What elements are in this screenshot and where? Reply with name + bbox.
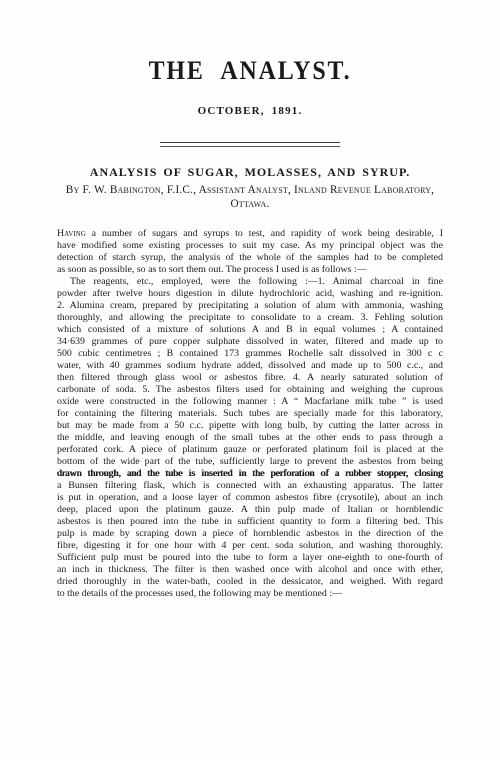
text-line: which consisted of a mixture of solution…	[57, 324, 443, 336]
text-line: fibre, digesting it for one hour with 4 …	[57, 540, 443, 552]
masthead: THE ANALYST. OCTOBER, 1891.	[0, 0, 500, 147]
text-line: is put in operation, and a loose layer o…	[57, 492, 443, 504]
text-line: water, with 40 grammes sodium hydrate ad…	[57, 360, 443, 372]
scanned-journal-page: THE ANALYST. OCTOBER, 1891. ANALYSIS OF …	[0, 0, 500, 760]
text-line: oxide were constructed in the following …	[57, 396, 443, 408]
double-rule-divider	[160, 142, 340, 147]
text-line: the middle, and leaving enough of the sm…	[57, 432, 443, 444]
article-byline-location: Ottawa.	[0, 198, 500, 211]
text-line: powder after twelve hours digestion in d…	[57, 288, 443, 300]
text-line: deep, placed upon the platinum gauze. A …	[57, 504, 443, 516]
text-line: to the details of the processes used, th…	[57, 588, 443, 600]
text-line: detection of starch syrup, the analysis …	[57, 252, 443, 264]
journal-title: THE ANALYST.	[20, 56, 480, 86]
text-line: have modified some existing processes to…	[57, 240, 443, 252]
text-line: but may be made from a 50 c.c. pipette w…	[57, 420, 443, 432]
text-line: The reagents, etc., employed, were the f…	[57, 276, 443, 288]
article-title: ANALYSIS OF SUGAR, MOLASSES, AND SYRUP.	[0, 165, 500, 179]
text-line: as soon as possible, so as to sort them …	[57, 264, 443, 276]
text-line: thoroughly, and allowing the precipitate…	[57, 312, 443, 324]
text-line: perforated cork. A piece of platinum gau…	[57, 444, 443, 456]
issue-date: OCTOBER, 1891.	[0, 105, 500, 118]
text-line: drawn through, and the tube is inserted …	[57, 468, 443, 480]
text-line: carbonate of soda. 5. The asbestos filte…	[57, 384, 443, 396]
text-line: then filtered through glass wool or asbe…	[57, 372, 443, 384]
text-line: 2. Alumina cream, prepared by precipitat…	[57, 300, 443, 312]
article: ANALYSIS OF SUGAR, MOLASSES, AND SYRUP. …	[0, 165, 500, 600]
text-line: an inch in thickness. The filter is then…	[57, 564, 443, 576]
lead-word: Having	[57, 228, 86, 239]
article-byline: By F. W. Babington, F.I.C., Assistant An…	[0, 184, 500, 197]
text-line: Sufficient pulp must be poured into the …	[57, 552, 443, 564]
text-line: for containing the filtering materials. …	[57, 408, 443, 420]
text-line: bottom of the wide part of the tube, suf…	[57, 456, 443, 468]
text-line: pulp is made by scraping down a piece of…	[57, 528, 443, 540]
text-line: a Bunsen filtering flask, which is conne…	[57, 480, 443, 492]
text-line: 34·639 grammes of pure copper sulphate d…	[57, 336, 443, 348]
text-line: dried thoroughly in the water-bath, cool…	[57, 576, 443, 588]
article-body: Having a number of sugars and syrups to …	[57, 228, 443, 600]
text-line: 500 cubic centimetres ; B contained 173 …	[57, 348, 443, 360]
text-line: asbestos is then poured into the tube in…	[57, 516, 443, 528]
text-line: Having a number of sugars and syrups to …	[57, 228, 443, 240]
